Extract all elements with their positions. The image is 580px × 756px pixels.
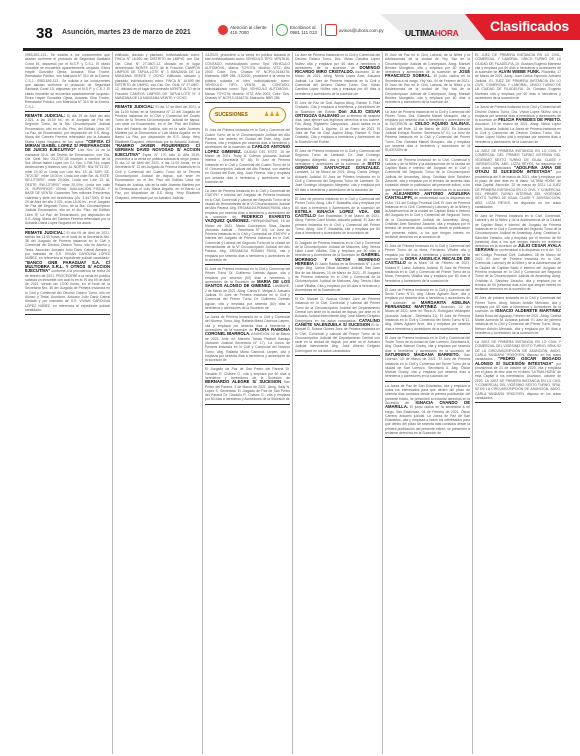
issue-date: Asunción, martes 23 de marzo de 2021	[62, 29, 191, 36]
ad-name: Don JULIO CESAR ORTIGOZA GALEANO	[295, 109, 380, 118]
phone-icon	[218, 25, 228, 35]
ad-name: FEDERICO EVARISTO VAZQUEZ QUIÑONEZ.	[205, 214, 290, 223]
ad-name: MARGARITA ADELINA FERNANDEZ MARTINEZ.	[385, 300, 470, 309]
column: EL JUEZ DE PRIMERA INSTANCIA EN LO CIVIL…	[473, 52, 563, 754]
classified-ad: LA JUEZ DE PRIMERA INSTANCIA EN LO CIVIL…	[475, 339, 561, 403]
ad-name: ALEJANDRO ANTONIO AGUILERA CANTALUPPI,	[385, 191, 470, 200]
ad-title: REMATE JUDICIAL:	[25, 230, 65, 235]
column: 0983-692-113.- Se solicita a los concurr…	[23, 52, 113, 754]
contact-email[interactable]: avisos@uhora.com.py	[325, 22, 384, 38]
classified-ad: REMATE JUDICIAL: El día 29 de Abril del …	[25, 113, 110, 229]
ad-name: DOMINGO RICARDO MIRO CRISTALDO.	[295, 65, 380, 74]
brand-logo: ULTIMAHORA	[405, 28, 459, 38]
classified-ad: La Juez de Primera Instancia en lo Civil…	[295, 52, 380, 99]
classified-ad: El Juez de Paz en lo Civil, Laboral, de …	[385, 52, 470, 108]
page-number: 38	[36, 25, 53, 42]
sucesiones-banner: SUCESIONES♟♟♟	[209, 107, 286, 123]
column: edificado, clavado y plantado, individua…	[113, 52, 203, 754]
ad-name: ESTELA IGNACIA LOPEZ VDA. DE CASTILLO	[295, 209, 380, 218]
ad-name: IGNACIO ALDERETE MARTINEZ	[495, 308, 561, 313]
section-title: Clasificados	[490, 18, 569, 34]
ad-name: "RAMIRO JAVIER FIGUERREDO C/ GERMAN DAVI…	[115, 143, 200, 157]
classified-ad: El Juez de Primera Instancia en lo Civil…	[385, 335, 470, 382]
divider	[321, 24, 322, 36]
classifieds-columns: 0983-692-113.- Se solicita a los concurr…	[23, 52, 563, 754]
classified-ad: El Juez de Paz de Gral. Aquino Abog. Ram…	[295, 100, 380, 147]
classified-ad: El Dr. Manuel D. Sostoa Gómez Juez de Pr…	[295, 296, 380, 356]
classified-ad: LA JUEZ DE PRIMERA INSTANCIA EN LO CIVIL…	[475, 148, 561, 212]
contact-phone[interactable]: Atención al cliente415 7000	[218, 22, 267, 38]
column: El Juez de Paz en lo Civil, Laboral, de …	[383, 52, 473, 754]
ad-name: CELSO AQUINO SALINAS.	[415, 121, 470, 126]
ad-name: JULIO CESAR AYALA SERVIAN	[475, 243, 561, 252]
column: La Juez de Primera Instancia en lo Civil…	[293, 52, 383, 754]
ad-name: MARIA DE LOS SANTOS ALONSO DE GIMENEZ.	[205, 279, 290, 288]
classified-ad: EL JUEZ DE PRIMERA INSTANCIA EN LO CIVIL…	[475, 52, 561, 103]
ad-name: CARLOS ANTONIO LOPEZ GIMENEZ.	[205, 144, 290, 153]
ad-name: ALVIN WIEBE FUNK.	[499, 69, 541, 74]
classified-ad: El Juez de primera instancia en lo Civil…	[295, 196, 380, 239]
ad-name: "ADOLFINA JARA DE OTAZU S/ SUCESIÓN INTE…	[475, 165, 561, 174]
header-rule	[23, 48, 563, 51]
classified-ad: El Juez de Primera Instancia en lo Civil…	[385, 243, 470, 286]
ad-name: CATALINO CAÑETE VALENZUELA S/ SUCESION	[295, 318, 380, 327]
classified-ad: REMATE JUDICIAL: El día 09 de Abril de 2…	[25, 230, 110, 316]
classified-ad: El Juez de Primera Instancia en lo Civil…	[475, 213, 561, 294]
whatsapp-icon	[276, 24, 288, 36]
ad-title: REMATE JUDICIAL:	[115, 104, 154, 109]
classified-ad: La Jueza de Primera Instancia en lo Civi…	[475, 104, 561, 147]
classified-ad: La Juez de Primera Instancia en lo Civil…	[205, 188, 290, 265]
ad-name: GABRIEL MORINIGO Y VICTOR MORINIGO HEREB…	[295, 252, 380, 266]
email-icon	[325, 24, 337, 36]
ad-name: FELICIA PAREDES DE PRIETO.	[498, 117, 561, 122]
classified-ad: La Jueza de Primera Instancia en lo Civi…	[205, 314, 290, 365]
divider	[272, 24, 273, 36]
ad-name: "BANCO GNB PARAGUAY S.A. C/ MULTIOBRA S.…	[25, 260, 110, 274]
classified-ad: El Juez de Primera Instancia en lo Civil…	[205, 266, 290, 313]
page-header: 38 Asunción, martes 23 de marzo de 2021 …	[0, 0, 580, 40]
classified-ad: La Juez de Primera Instancia en lo Civil…	[385, 109, 470, 156]
classified-ad: 0983-692-113.- Se solicita a los concurr…	[25, 52, 110, 112]
classified-ad: El Juez de Primera Instancia en lo Civil…	[205, 127, 290, 187]
ad-name: SATURNINO MAIDANA BARRETO.	[385, 352, 460, 357]
ad-name: "CEFISA C/ MIRIAN ISABEL LOPEZ S/ PREPAR…	[25, 139, 110, 153]
classified-ad: La Jueza de Paz de San Estanislao, cita …	[385, 383, 470, 439]
ad-name: "PEDRO OSCAR BOGADO ALONSO S/ SUCESIÓN I…	[475, 356, 561, 365]
classified-ad: El Juzgado de Primera Instancia en lo Ci…	[295, 240, 380, 296]
classified-ad: El Juez de Primera Instancia en lo Civil…	[385, 287, 470, 334]
ad-name: JOSÉ FRANCISCO SOBRAL.	[385, 69, 470, 78]
classified-ad: /11/2020, procederé a la venta en públic…	[205, 52, 290, 103]
ad-name: FLORA RAMONA CORONEL IBARROLA.	[205, 327, 290, 336]
contact-whatsapp[interactable]: Escribinos al0981 111 013	[276, 22, 317, 38]
ad-title: REMATE JUDICIAL:	[25, 113, 65, 118]
ad-name: DORA ANGELICA RECALDE DE CASTILLO	[385, 256, 470, 265]
classified-ad: edificado, clavado y plantado, individua…	[115, 52, 200, 103]
classified-ad: REMATE JUDICIAL: El día 12 de Abril del …	[115, 104, 200, 203]
classified-ad: El Juez de Primera Instancia en lo Civil…	[385, 157, 470, 243]
classified-ad: El Juez de primera instancia en lo Civil…	[475, 295, 561, 338]
column: /11/2020, procederé a la venta en públic…	[203, 52, 293, 754]
ad-name: IGNACIA OVANDO DE AMARILLA.	[385, 400, 470, 409]
ad-name: BERNARDO ALEGRE S/ SUCESION	[205, 379, 281, 384]
ad-name: SIXTO GERÓNIMO SANTACRUZ GONZALEZ.	[295, 161, 380, 170]
people-icon: ♟♟♟	[264, 113, 280, 117]
classified-ad: El Juez de Primera Instancia en lo Civil…	[295, 148, 380, 195]
classified-ad: El Juzgado de Paz de San Pedro del Paran…	[205, 366, 290, 404]
